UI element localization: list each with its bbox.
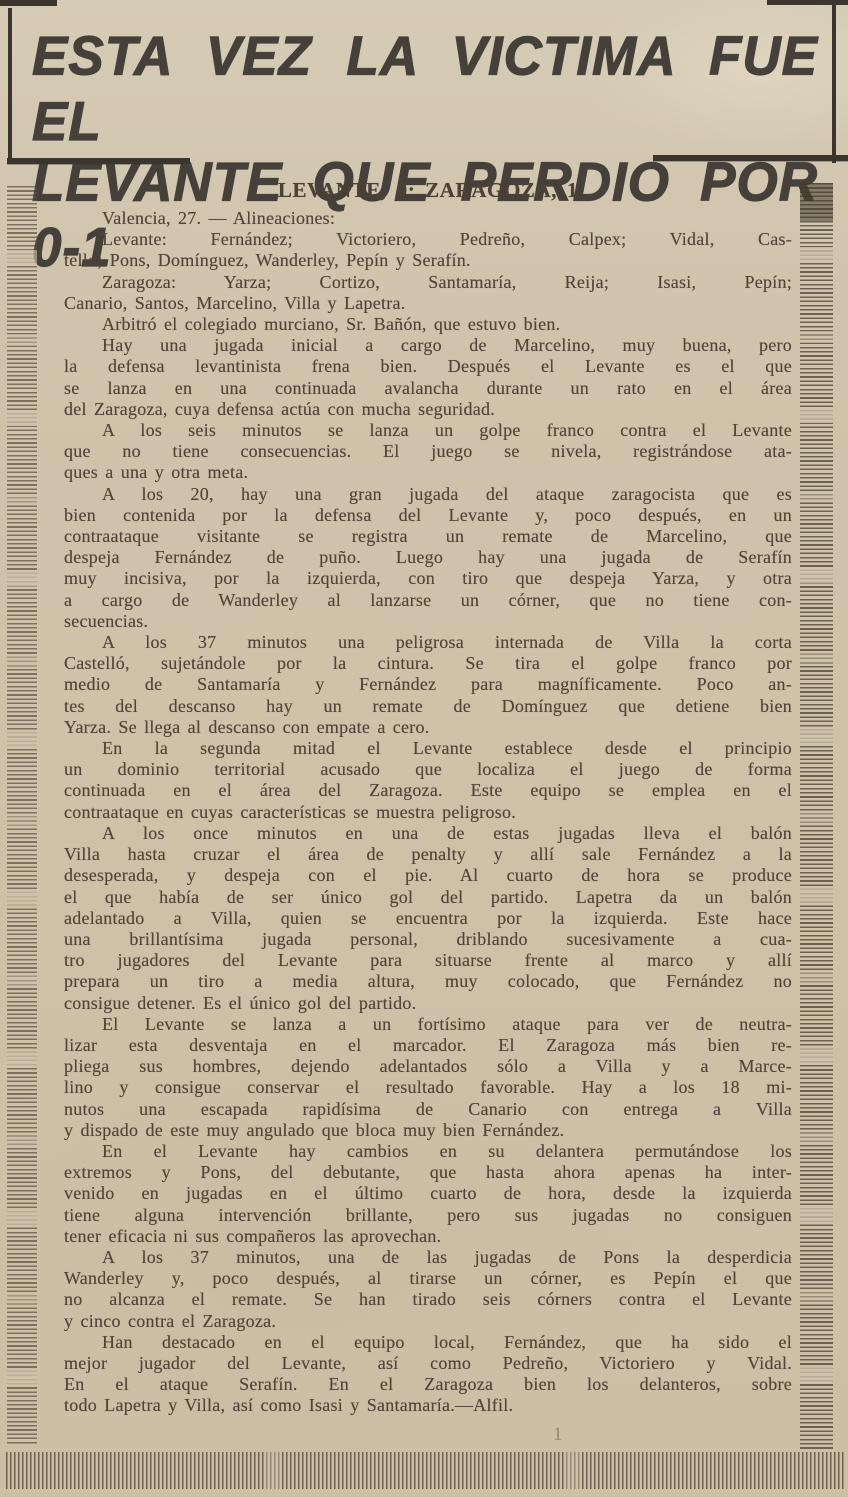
article-line: la defensa levantinista frena bien. Desp… — [64, 356, 792, 377]
article-line: un dominio territorial acusado que local… — [64, 759, 792, 780]
article-line: En la segunda mitad el Levante establece… — [64, 738, 792, 759]
article-line: Hay una jugada inicial a cargo de Marcel… — [64, 335, 792, 356]
article-line: prepara un tiro a media altura, muy colo… — [64, 971, 792, 992]
article-line: adelantado a Villa, quien se encuentra p… — [64, 908, 792, 929]
article-line: tes del descanso hay un remate de Domíng… — [64, 696, 792, 717]
article-line: lino y consigue conservar el resultado f… — [64, 1077, 792, 1098]
scoreline-subhead: LEVANTE, 0; ZARAGOZA, 1 — [64, 178, 792, 202]
article-line: se lanza en una continuada avalancha dur… — [64, 378, 792, 399]
article-line: lizar esta desventaja en el marcador. El… — [64, 1035, 792, 1056]
article-line: El Levante se lanza a un fortísimo ataqu… — [64, 1014, 792, 1035]
article-line: Zaragoza: Yarza; Cortizo, Santamaría, Re… — [64, 272, 792, 293]
article-line: nutos una escapada rapidísima de Canario… — [64, 1099, 792, 1120]
article-line: medio de Santamaría y Fernández para mag… — [64, 674, 792, 695]
article-line: Arbitró el colegiado murciano, Sr. Bañón… — [64, 314, 792, 335]
article-line: no alcanza el remate. Se han tirado seis… — [64, 1289, 792, 1310]
article-line: del Zaragoza, cuya defensa actúa con muc… — [64, 399, 792, 420]
article-line: tro jugadores del Levante para situarse … — [64, 950, 792, 971]
article-line: pliega sus hombres, dejendo adelantados … — [64, 1056, 792, 1077]
article-line: consigue detener. Es el único gol del pa… — [64, 993, 792, 1014]
article-line: A los 37 minutos, una de las jugadas de … — [64, 1247, 792, 1268]
newspaper-clipping: ESTA VEZ LA VICTIMA FUE EL LEVANTE QUE P… — [0, 0, 848, 1497]
article-line: desesperada, y despeja con el pie. Al cu… — [64, 865, 792, 886]
article-line: Canario, Santos, Marcelino, Villa y Lape… — [64, 293, 792, 314]
article-line: y dispado de este muy angulado que bloca… — [64, 1120, 792, 1141]
article-line: ques a una y otra meta. — [64, 462, 792, 483]
article-line: venido en jugadas en el último cuarto de… — [64, 1183, 792, 1204]
article-line: bien contenida por la defensa del Levant… — [64, 505, 792, 526]
article-line: contraataque en cuyas características se… — [64, 802, 792, 823]
article-line: Wanderley y, poco después, al tirarse un… — [64, 1268, 792, 1289]
article-line: muy incisiva, por la izquierda, con tiro… — [64, 568, 792, 589]
article-line: Valencia, 27. — Alineaciones: — [64, 208, 792, 229]
article-line: contraataque visitante se registra un re… — [64, 526, 792, 547]
article-line: Levante: Fernández; Victoriero, Pedreño,… — [64, 229, 792, 250]
article-line: despeja Fernández de puño. Luego hay una… — [64, 547, 792, 568]
headline-left-rule — [8, 8, 12, 160]
article-line: secuencias. — [64, 611, 792, 632]
article-line: extremos y Pons, del debutante, que hast… — [64, 1162, 792, 1183]
article-line: tiene alguna intervención brillante, per… — [64, 1205, 792, 1226]
headline-underline-left — [7, 158, 190, 164]
article-line: En el ataque Serafín. En el Zaragoza bie… — [64, 1374, 792, 1395]
torn-edge-left — [7, 186, 37, 1446]
article-line: Villa hasta cruzar el área de penalty y … — [64, 844, 792, 865]
article-body: Valencia, 27. — Alineaciones:Levante: Fe… — [64, 208, 792, 1417]
article-line: una brillantísima jugada personal, dribl… — [64, 929, 792, 950]
article-line: A los once minutos en una de estas jugad… — [64, 823, 792, 844]
article-line: el que había de ser único gol del partid… — [64, 887, 792, 908]
article-line: todo Lapetra y Villa, así como Isasi y S… — [64, 1395, 792, 1416]
article-line: Han destacado en el equipo local, Fernán… — [64, 1332, 792, 1353]
torn-edge-bottom — [6, 1452, 846, 1489]
article-line: y cinco contra el Zaragoza. — [64, 1311, 792, 1332]
headline-right-rule — [832, 0, 836, 163]
article-line: a cargo de Wanderley al lanzarse un córn… — [64, 590, 792, 611]
article-line: que no tiene consecuencias. El juego se … — [64, 441, 792, 462]
article-line: Castelló, sujetándole por la cintura. Se… — [64, 653, 792, 674]
article-line: A los 37 minutos una peligrosa internada… — [64, 632, 792, 653]
article-line: A los seis minutos se lanza un golpe fra… — [64, 420, 792, 441]
bleedthrough-mark: 1 — [553, 1424, 563, 1446]
article-line: continuada en el área del Zaragoza. Este… — [64, 780, 792, 801]
article-line: En el Levante hay cambios en su delanter… — [64, 1141, 792, 1162]
headline-underline-right — [653, 155, 848, 161]
article-line: tener eficacia ni sus compañeros las apr… — [64, 1226, 792, 1247]
article-line: tello; Pons, Domínguez, Wanderley, Pepín… — [64, 250, 792, 271]
top-border-left-rule — [0, 0, 57, 6]
article-line: Yarza. Se llega al descanso con empate a… — [64, 717, 792, 738]
article-line: mejor jugador del Levante, así como Pedr… — [64, 1353, 792, 1374]
torn-edge-right — [800, 183, 833, 1449]
headline-line-1: ESTA VEZ LA VICTIMA FUE EL — [32, 23, 818, 154]
article-line: A los 20, hay una gran jugada del ataque… — [64, 484, 792, 505]
